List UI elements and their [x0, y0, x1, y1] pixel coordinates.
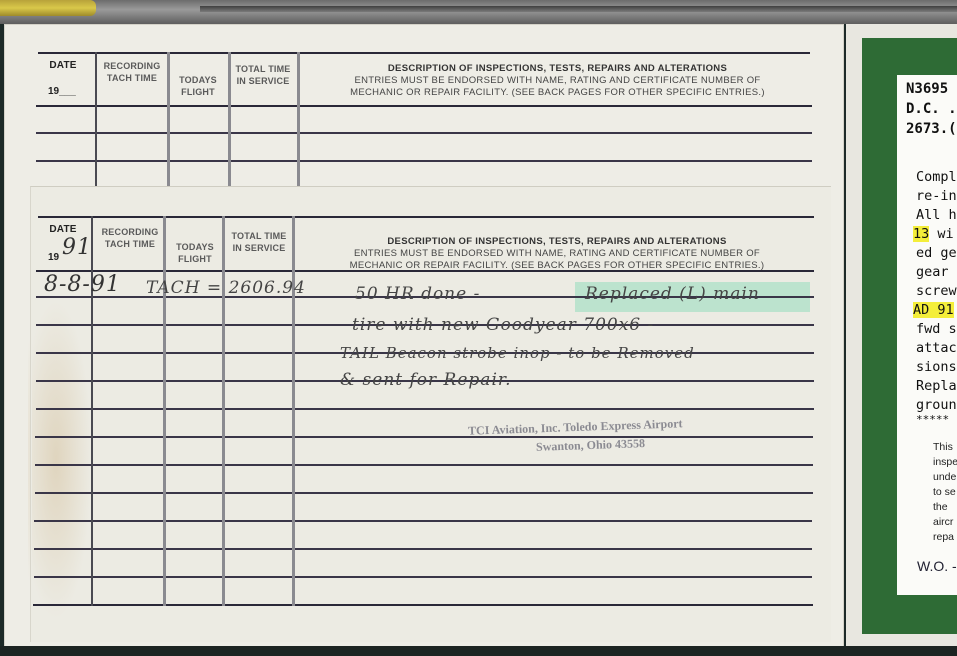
binder-clip [0, 0, 96, 16]
lower-row-rule [34, 576, 812, 578]
lower-recording-tach-header: RECORDING TACH TIME [96, 226, 164, 250]
upper-top-rule [38, 52, 810, 54]
binder-rod [200, 6, 957, 12]
card-body-line-highlighted: AD 91 [913, 300, 954, 320]
notice-line: inspe [933, 455, 957, 470]
upper-col-divider [297, 52, 300, 188]
entry-line-2: tire with new Goodyear 700x6 - [352, 315, 654, 335]
upper-todays-flight-header: TODAYS FLIGHT [170, 74, 226, 98]
upper-row-rule [36, 132, 812, 134]
lower-description-line3: MECHANIC OR REPAIR FACILITY. (SEE BACK P… [302, 260, 812, 272]
lower-description-line2: ENTRIES MUST BE ENDORSED WITH NAME, RATI… [302, 248, 812, 260]
upper-year-prefix: 19___ [48, 86, 76, 97]
card-body-line: ed ge [916, 243, 957, 263]
entry-line-1-replaced: Replaced (L) main [585, 284, 760, 304]
entry-tach: TACH = 2606.94 [146, 278, 306, 298]
card-body-line: Repla [916, 376, 957, 396]
upper-description-title: DESCRIPTION OF INSPECTIONS, TESTS, REPAI… [305, 63, 810, 75]
work-order-label: W.O. - [917, 558, 957, 574]
entry-date: 8-8-91 [44, 272, 121, 297]
card-body-line: attac [916, 338, 957, 358]
upper-header-rule [36, 105, 812, 107]
upper-row-rule [36, 160, 812, 162]
card-header-line-3: 2673.( [906, 120, 957, 139]
notice-line: repa [933, 530, 954, 545]
upper-col-divider [95, 52, 97, 188]
card-body-line: re-in [916, 186, 957, 206]
lower-top-rule [38, 216, 814, 218]
paper-stain-overlay [32, 300, 92, 620]
upper-col-divider [167, 52, 170, 188]
notice-line: aircr [933, 515, 953, 530]
upper-date-label: DATE [40, 60, 86, 72]
upper-recording-tach-header: RECORDING TACH TIME [98, 60, 166, 84]
lower-row-rule [35, 436, 813, 438]
card-body-line: All h [916, 205, 957, 225]
lower-col-divider [222, 216, 225, 606]
lower-total-time-header: TOTAL TIME IN SERVICE [228, 230, 290, 254]
binder-top-strip [0, 0, 957, 24]
lower-year-handwritten: 91 [62, 235, 92, 260]
notice-line: to se [933, 485, 956, 500]
upper-log-sheet [34, 30, 816, 190]
entry-line-1: 50 HR done - [355, 284, 480, 304]
notice-line: This [933, 440, 953, 455]
lower-col-divider [163, 216, 166, 606]
card-body-line: gear [916, 262, 949, 282]
scan-bottom-edge [0, 646, 957, 656]
upper-description-header: DESCRIPTION OF INSPECTIONS, TESTS, REPAI… [305, 63, 810, 99]
lower-row-rule [35, 464, 813, 466]
lower-description-title: DESCRIPTION OF INSPECTIONS, TESTS, REPAI… [302, 236, 812, 248]
lower-col-divider [292, 216, 295, 606]
notice-line: unde [933, 470, 956, 485]
upper-description-line2: ENTRIES MUST BE ENDORSED WITH NAME, RATI… [305, 75, 810, 87]
upper-description-line3: MECHANIC OR REPAIR FACILITY. (SEE BACK P… [305, 87, 810, 99]
entry-line-4: & sent for Repair. [340, 370, 512, 390]
upper-col-divider [228, 52, 231, 188]
card-header-line-2: D.C. . [906, 100, 957, 119]
lower-row-rule [35, 492, 813, 494]
lower-row-rule [36, 408, 814, 410]
lower-year-prefix: 19 [48, 252, 59, 263]
lower-bottom-rule [33, 604, 813, 606]
lower-todays-flight-header: TODAYS FLIGHT [167, 241, 223, 265]
notice-line: the [933, 500, 948, 515]
card-body-line: sions [916, 357, 957, 377]
card-body-line: Compl [916, 167, 957, 187]
card-asterisk-divider: ***** [916, 410, 949, 430]
entry-line-3: TAIL Beacon strobe inop - to be Removed [340, 344, 695, 362]
card-body-line: fwd s [916, 319, 957, 339]
card-header-line-1: N3695 [906, 80, 948, 99]
lower-row-rule [34, 548, 812, 550]
lower-row-rule [34, 520, 812, 522]
card-body-line-highlighted: 13 wi [913, 224, 954, 244]
lower-description-header: DESCRIPTION OF INSPECTIONS, TESTS, REPAI… [302, 236, 812, 272]
upper-total-time-header: TOTAL TIME IN SERVICE [232, 63, 294, 87]
card-body-line: screw [916, 281, 957, 301]
